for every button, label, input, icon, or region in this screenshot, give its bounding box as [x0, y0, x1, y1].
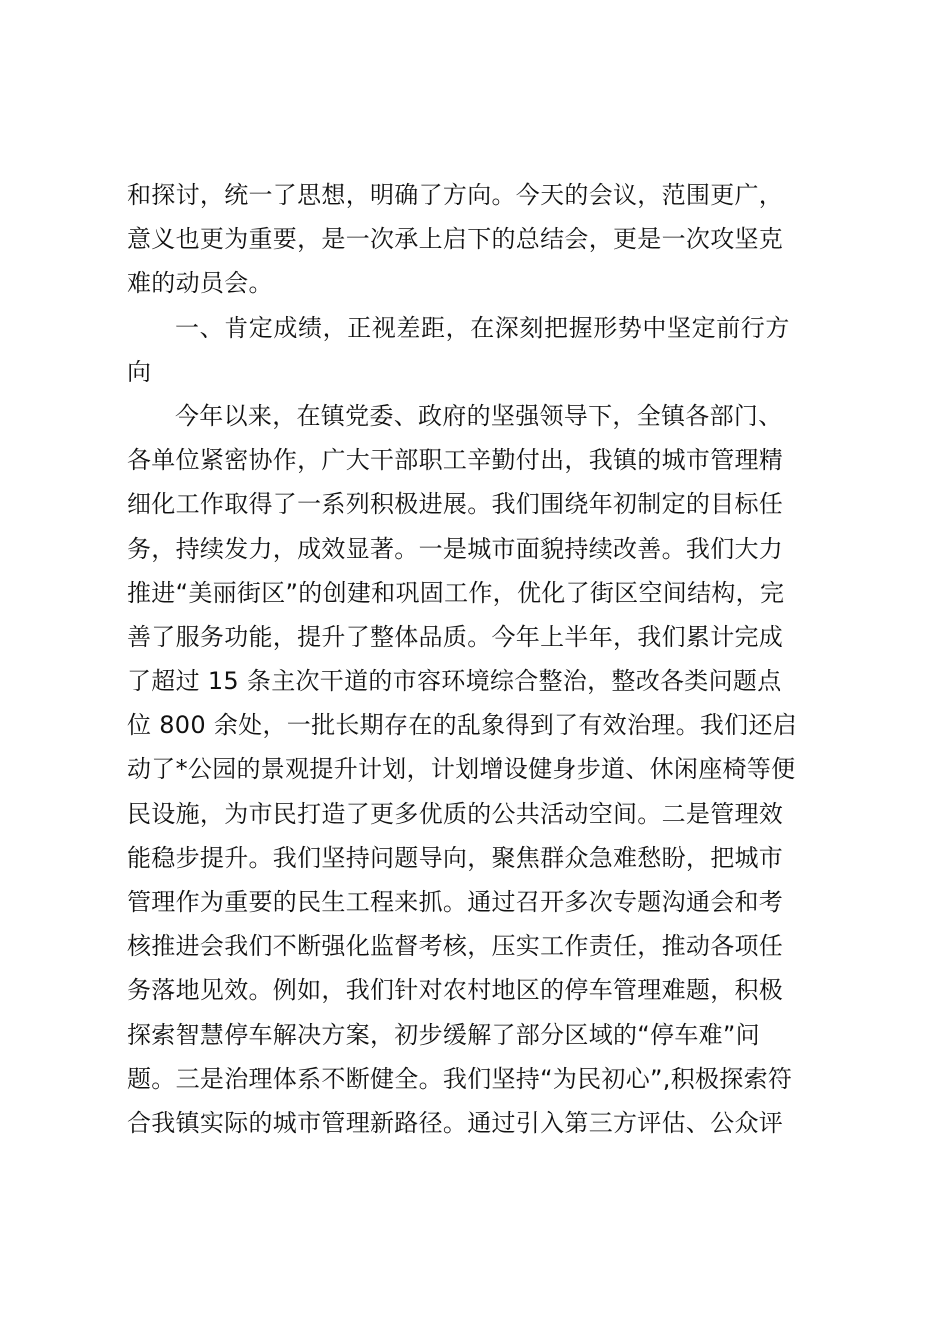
body-line-15: 探索智慧停车解决方案，初步缓解了部分区域的“停车难”问 — [127, 1013, 827, 1057]
intro-line-1: 和探讨，统一了思想，明确了方向。今天的会议，范围更广， — [127, 173, 827, 217]
section-heading-line-2: 向 — [127, 350, 827, 394]
body-line-16: 题。三是治理体系不断健全。我们坚持“为民初心”,积极探索符 — [127, 1057, 827, 1101]
body-line-1: 今年以来，在镇党委、政府的坚强领导下，全镇各部门、 — [127, 394, 827, 438]
body-line-11: 能稳步提升。我们坚持问题导向，聚焦群众急难愁盼，把城市 — [127, 836, 827, 880]
intro-line-2: 意义也更为重要，是一次承上启下的总结会，更是一次攻坚克 — [127, 217, 827, 261]
body-line-9: 动了*公园的景观提升计划，计划增设健身步道、休闲座椅等便 — [127, 747, 827, 791]
body-line-13: 核推进会我们不断强化监督考核，压实工作责任，推动各项任 — [127, 924, 827, 968]
body-line-4: 务，持续发力，成效显著。一是城市面貌持续改善。我们大力 — [127, 527, 827, 571]
body-line-17: 合我镇实际的城市管理新路径。通过引入第三方评估、公众评 — [127, 1101, 827, 1145]
body-line-3: 细化工作取得了一系列积极进展。我们围绕年初制定的目标任 — [127, 482, 827, 526]
intro-line-3: 难的动员会。 — [127, 261, 827, 305]
document-page: 和探讨，统一了思想，明确了方向。今天的会议，范围更广， 意义也更为重要，是一次承… — [0, 0, 950, 1344]
body-line-14: 务落地见效。例如，我们针对农村地区的停车管理难题，积极 — [127, 968, 827, 1012]
body-line-6: 善了服务功能，提升了整体品质。今年上半年，我们累计完成 — [127, 615, 827, 659]
body-line-8: 位 800 余处，一批长期存在的乱象得到了有效治理。我们还启 — [127, 703, 827, 747]
body-line-12: 管理作为重要的民生工程来抓。通过召开多次专题沟通会和考 — [127, 880, 827, 924]
body-line-5: 推进“美丽街区”的创建和巩固工作，优化了街区空间结构，完 — [127, 571, 827, 615]
document-body: 和探讨，统一了思想，明确了方向。今天的会议，范围更广， 意义也更为重要，是一次承… — [127, 173, 827, 1145]
body-line-10: 民设施，为市民打造了更多优质的公共活动空间。二是管理效 — [127, 792, 827, 836]
section-heading-line-1: 一、肯定成绩，正视差距，在深刻把握形势中坚定前行方 — [127, 306, 827, 350]
body-line-7: 了超过 15 条主次干道的市容环境综合整治，整改各类问题点 — [127, 659, 827, 703]
body-line-2: 各单位紧密协作，广大干部职工辛勤付出，我镇的城市管理精 — [127, 438, 827, 482]
